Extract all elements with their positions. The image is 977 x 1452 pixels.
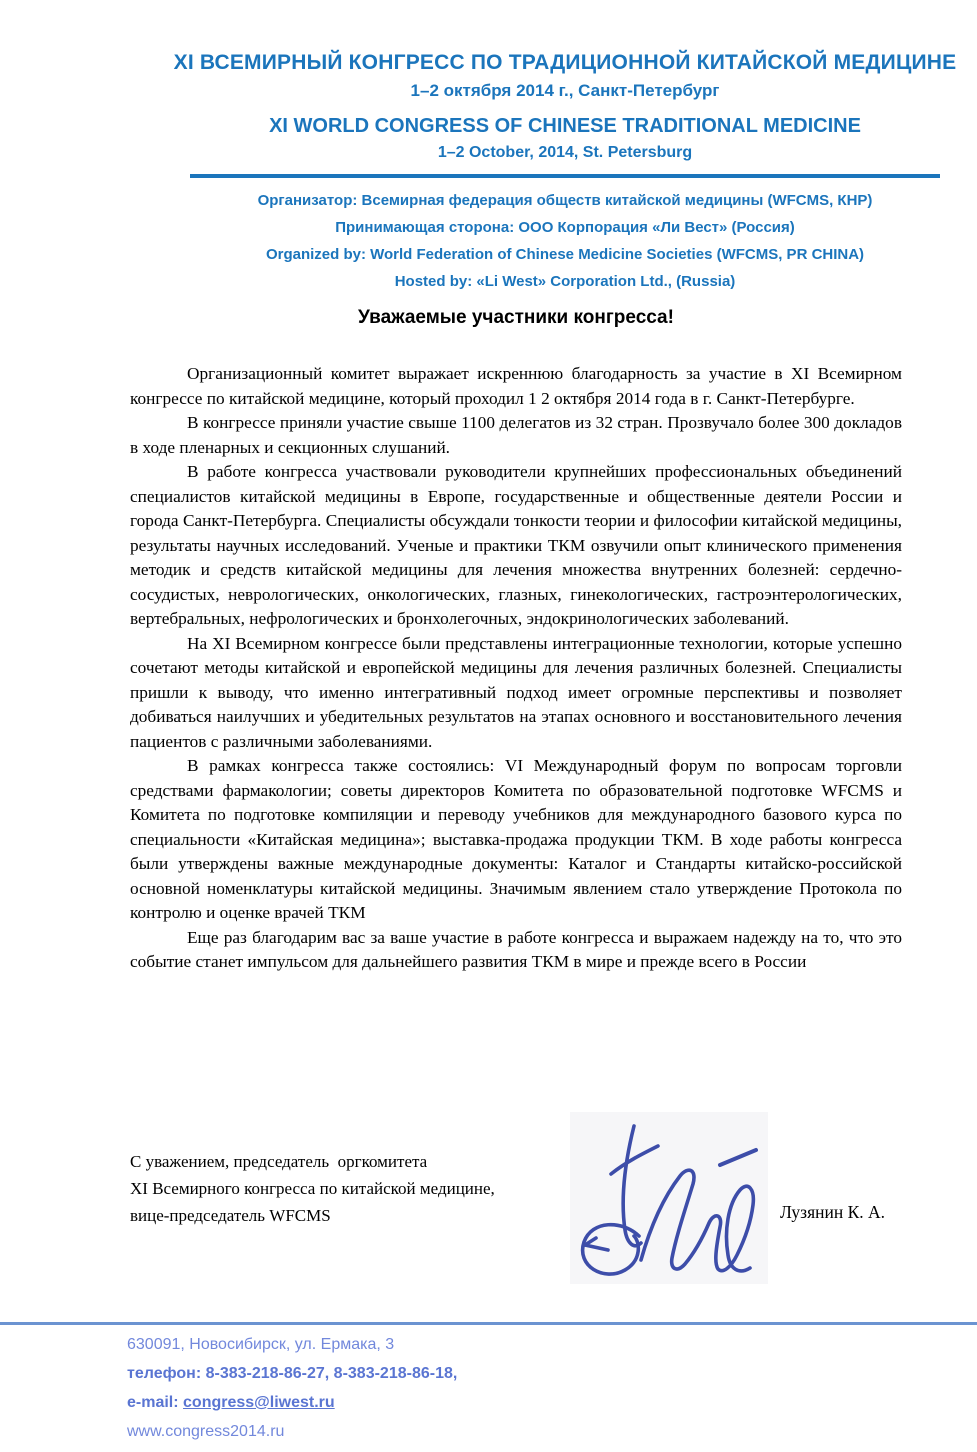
organizer-line-en: Organized by: World Federation of Chines…: [165, 241, 965, 268]
organizer-line-ru: Организатор: Всемирная федерация обществ…: [165, 187, 965, 214]
paragraph: На XI Всемирном конгрессе были представл…: [130, 632, 902, 755]
paragraph: В рамках конгресса также состоялись: VI …: [130, 754, 902, 926]
host-line-en: Hosted by: «Li West» Corporation Ltd., (…: [165, 268, 965, 295]
closing-line: С уважением, председатель оргкомитета: [130, 1148, 495, 1175]
signature-scan-background: [570, 1112, 768, 1284]
footer-phones: телефон: 8-383-218-86-27, 8-383-218-86-1…: [127, 1359, 457, 1388]
header-divider: [190, 174, 940, 178]
host-line-ru: Принимающая сторона: ООО Корпорация «Ли …: [165, 214, 965, 241]
congress-header: XI ВСЕМИРНЫЙ КОНГРЕСС ПО ТРАДИЦИОННОЙ КИ…: [165, 50, 965, 295]
footer-contacts: 630091, Новосибирск, ул. Ермака, 3 телеф…: [127, 1330, 457, 1446]
paragraph: В работе конгресса участвовали руководит…: [130, 460, 902, 632]
letter-page: XI ВСЕМИРНЫЙ КОНГРЕСС ПО ТРАДИЦИОННОЙ КИ…: [0, 0, 977, 1452]
closing-line: XI Всемирного конгресса по китайской мед…: [130, 1175, 495, 1202]
paragraph: В конгрессе приняли участие свыше 1100 д…: [130, 411, 902, 460]
letter-body: Организационный комитет выражает искренн…: [130, 362, 902, 975]
email-link[interactable]: congress@liwest.ru: [183, 1394, 335, 1411]
congress-title-en: XI WORLD CONGRESS OF CHINESE TRADITIONAL…: [165, 114, 965, 139]
footer-email-line: e-mail: congress@liwest.ru: [127, 1388, 457, 1417]
congress-date-ru: 1–2 октября 2014 г., Санкт-Петербург: [165, 79, 965, 103]
paragraph: Организационный комитет выражает искренн…: [130, 362, 902, 411]
footer-address: 630091, Новосибирск, ул. Ермака, 3: [127, 1330, 457, 1359]
closing-block: С уважением, председатель оргкомитета XI…: [130, 1148, 495, 1229]
footer-website: www.congress2014.ru: [127, 1417, 457, 1446]
organizer-block: Организатор: Всемирная федерация обществ…: [165, 187, 965, 295]
signer-name: Лузянин К. А.: [780, 1202, 885, 1223]
congress-date-en: 1–2 October, 2014, St. Petersburg: [165, 142, 965, 164]
email-label: e-mail:: [127, 1394, 183, 1411]
congress-title-ru: XI ВСЕМИРНЫЙ КОНГРЕСС ПО ТРАДИЦИОННОЙ КИ…: [165, 50, 965, 76]
footer-divider: [0, 1322, 977, 1325]
closing-line: вице-председатель WFCMS: [130, 1202, 495, 1229]
paragraph: Еще раз благодарим вас за ваше участие в…: [130, 926, 902, 975]
greeting-heading: Уважаемые участники конгресса!: [130, 307, 902, 329]
handwritten-signature-icon: [568, 1110, 773, 1290]
